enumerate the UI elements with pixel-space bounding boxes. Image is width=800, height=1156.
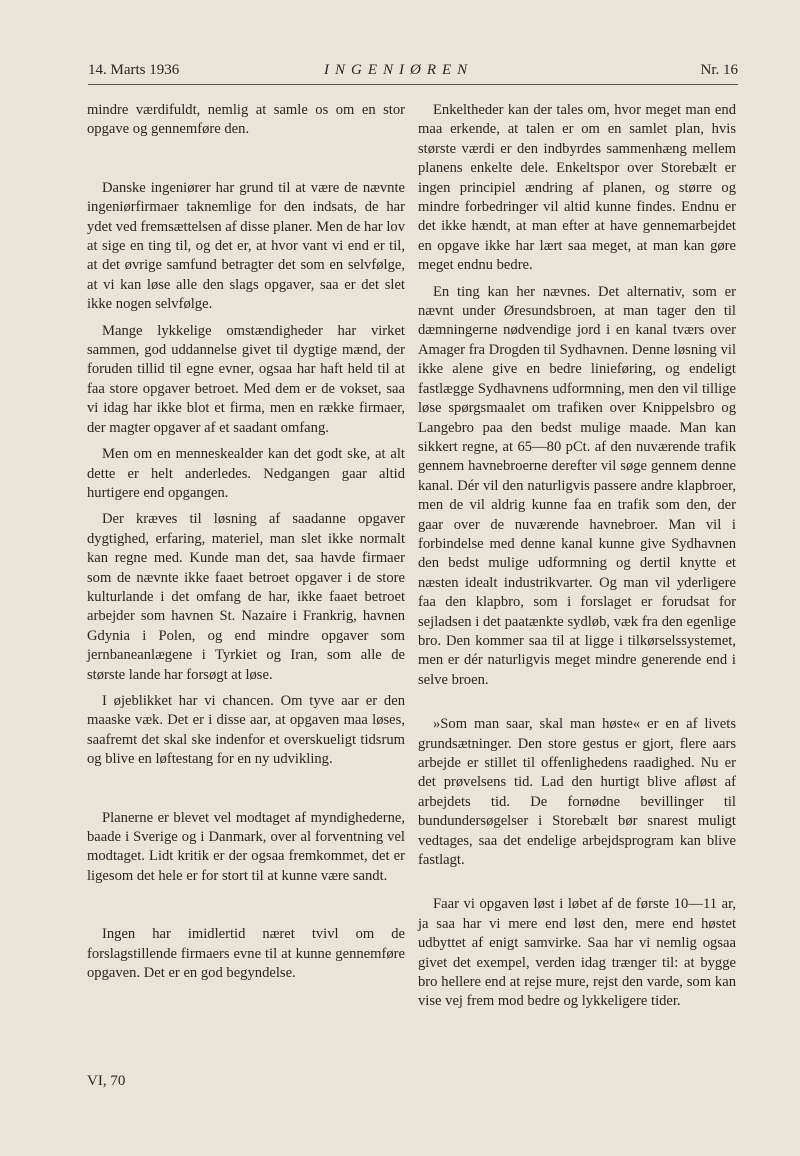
paragraph: Faar vi opgaven løst i løbet af de først…: [418, 895, 736, 1011]
paragraph: Men om en menneskealder kan det godt ske…: [87, 445, 405, 503]
section-break: [418, 697, 736, 715]
paragraph: Mange lykkelige omstændigheder har virke…: [87, 322, 405, 438]
journal-page: 14. Marts 1936 INGENIØREN Nr. 16 mindre …: [0, 0, 800, 1156]
paragraph: mindre værdifuldt, nemlig at samle os om…: [87, 101, 405, 140]
paragraph: »Som man saar, skal man høste« er en af …: [418, 715, 736, 870]
left-column: mindre værdifuldt, nemlig at samle os om…: [87, 101, 405, 990]
page-reference: VI, 70: [87, 1073, 125, 1090]
section-break: [418, 877, 736, 895]
paragraph: Danske ingeniører har grund til at være …: [87, 179, 405, 315]
paragraph: Enkeltheder kan der tales om, hvor meget…: [418, 101, 736, 276]
right-column: Enkeltheder kan der tales om, hvor meget…: [418, 101, 736, 1019]
section-break: [87, 777, 405, 809]
paragraph: I øjeblikket har vi chancen. Om tyve aar…: [87, 692, 405, 770]
issue-date: 14. Marts 1936: [88, 62, 179, 79]
section-break: [87, 147, 405, 179]
section-break: [87, 893, 405, 925]
paragraph: Planerne er blevet vel modtaget af myndi…: [87, 809, 405, 887]
paragraph: En ting kan her nævnes. Det alternativ, …: [418, 283, 736, 691]
running-header: 14. Marts 1936 INGENIØREN Nr. 16: [88, 60, 738, 85]
paragraph: Ingen har imidlertid næret tvivl om de f…: [87, 925, 405, 983]
journal-title: INGENIØREN: [324, 62, 473, 79]
paragraph: Der kræves til løsning af saadanne opgav…: [87, 510, 405, 685]
issue-number: Nr. 16: [701, 62, 739, 79]
